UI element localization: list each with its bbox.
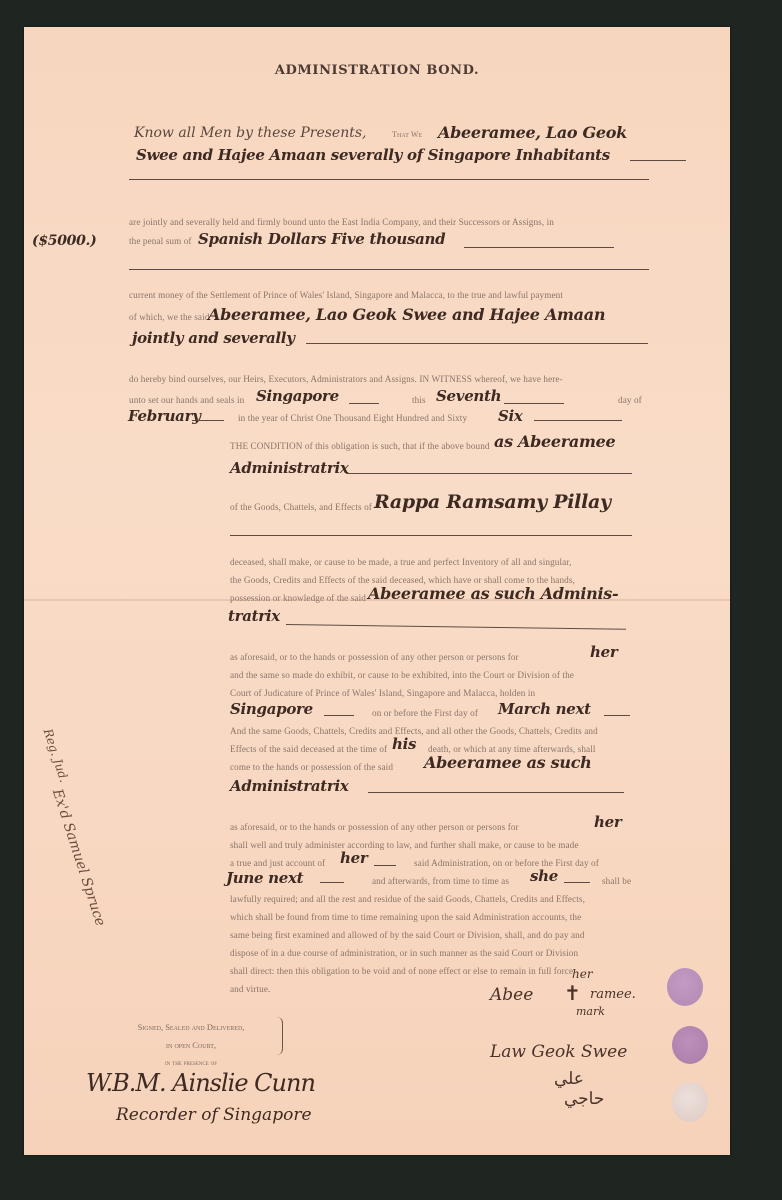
hw-year: Six xyxy=(498,407,523,425)
sig-mark-label: mark xyxy=(576,1005,605,1018)
wax-seal-3 xyxy=(672,1082,708,1122)
sig-arabic-1: ﻋﻠﻲ xyxy=(554,1069,584,1089)
cond-l14: shall well and truly administer accordin… xyxy=(230,840,579,850)
cond-l19: same being first examined and allowed of… xyxy=(230,930,585,940)
para3-line1: do hereby bind ourselves, our Heirs, Exe… xyxy=(129,374,563,384)
hw-place: Singapore xyxy=(256,387,339,405)
hw-jointly-severally: jointly and severally xyxy=(132,329,295,347)
hw-month: February xyxy=(128,407,201,425)
hw-june: June next xyxy=(226,869,303,887)
hw-bound: as Abeeramee xyxy=(494,432,615,451)
hw-cond-l3: Abeeramee as such Adminis- xyxy=(368,584,618,603)
cond-l7: Court of Judicature of Prince of Wales' … xyxy=(230,688,535,698)
hw-her-1: her xyxy=(590,643,617,661)
hw-march: March next xyxy=(498,700,591,718)
hw-obligors-1: Abeeramee, Lao Geok xyxy=(438,123,627,142)
para1-line1: are jointly and severally held and firml… xyxy=(129,217,554,227)
para3-line2a: unto set our hands and seals in xyxy=(129,395,244,405)
fill-line xyxy=(604,715,630,716)
witness-signature: W.B.M. Ainslie Cunn xyxy=(86,1069,315,1097)
fill-line xyxy=(534,420,622,421)
fill-line xyxy=(286,624,626,630)
sig-ramee: ramee. xyxy=(590,987,636,1002)
attest-line3: in the presence of xyxy=(106,1058,276,1067)
fill-line xyxy=(320,882,344,883)
fill-line xyxy=(374,865,396,866)
para3-this: this xyxy=(412,395,426,405)
para2-line2: of which, we the said xyxy=(129,312,209,322)
hw-cond-l4: tratrix xyxy=(228,607,280,625)
hw-obligors-2: Swee and Hajee Amaan severally of Singap… xyxy=(136,146,610,164)
sig-arabic-2: ﺣﺎﺟﻲ xyxy=(564,1089,604,1109)
margin-amount: ($5000.) xyxy=(32,233,96,249)
hw-she: she xyxy=(530,867,558,885)
attest-brace xyxy=(276,1017,283,1055)
hw-day: Seventh xyxy=(436,387,501,405)
document-title: ADMINISTRATION BOND. xyxy=(24,63,730,78)
cond-l18: which shall be found from time to time r… xyxy=(230,912,581,922)
sig-her: her xyxy=(572,967,593,981)
gothic-opening: Know all Men by these Presents, xyxy=(134,125,367,141)
goods-prefix: of the Goods, Chattels, and Effects of xyxy=(230,502,372,512)
para3-line3: in the year of Christ One Thousand Eight… xyxy=(238,413,467,423)
cond-l17: lawfully required; and all the rest and … xyxy=(230,894,585,904)
margin-note-registrar: Reg. Jud. xyxy=(41,727,71,784)
hw-his: his xyxy=(392,735,416,753)
sig-law-geok-swee: Law Geok Swee xyxy=(490,1042,627,1062)
cond-l15b: said Administration, on or before the Fi… xyxy=(414,858,599,868)
fill-line xyxy=(306,343,648,344)
cond-l11: come to the hands or possession of the s… xyxy=(230,762,393,772)
hw-holden: Singapore xyxy=(230,700,313,718)
condition-line1: THE CONDITION of this obligation is such… xyxy=(230,441,490,451)
sig-mark-cross: ✝ xyxy=(564,981,581,1005)
cond-l3: possession or knowledge of the said xyxy=(230,593,366,603)
fill-line xyxy=(230,535,632,536)
cond-l6: and the same so made do exhibit, or caus… xyxy=(230,670,574,680)
fill-line xyxy=(564,882,590,883)
cond-l21: shall direct: then this obligation to be… xyxy=(230,966,573,976)
hw-deceased-name: Rappa Ramsamy Pillay xyxy=(374,491,611,513)
fill-line xyxy=(129,179,649,180)
hw-cond-l11: Abeeramee as such xyxy=(424,753,591,772)
cond-l5: as aforesaid, or to the hands or possess… xyxy=(230,652,519,662)
hw-cond-l12: Administratrix xyxy=(230,777,349,795)
para1-line2: the penal sum of xyxy=(129,236,192,246)
hw-obligor-names: Abeeramee, Lao Geok Swee and Hajee Amaan xyxy=(208,305,605,324)
cond-l20: dispose of in a due course of administra… xyxy=(230,948,578,958)
fill-line xyxy=(504,403,564,404)
para2-line1: current money of the Settlement of Princ… xyxy=(129,290,563,300)
margin-note-signature: Ex'd Samuel Spruce xyxy=(49,787,108,928)
hw-her-2: her xyxy=(594,813,621,831)
para3-day-of: day of xyxy=(618,395,642,405)
cond-l1: deceased, shall make, or cause to be mad… xyxy=(230,557,571,567)
cond-l22: and virtue. xyxy=(230,984,270,994)
wax-seal-1 xyxy=(667,968,703,1006)
cond-l15a: a true and just account of xyxy=(230,858,325,868)
fill-line xyxy=(324,715,354,716)
cond-l13: as aforesaid, or to the hands or possess… xyxy=(230,822,519,832)
fill-line xyxy=(349,403,379,404)
fill-line xyxy=(192,420,224,421)
sig-abee: Abee xyxy=(490,985,533,1005)
fill-line xyxy=(346,473,632,474)
witness-title: Recorder of Singapore xyxy=(116,1105,312,1125)
fill-line xyxy=(129,269,649,270)
bond-document: ADMINISTRATION BOND. Know all Men by the… xyxy=(24,27,730,1155)
fill-line xyxy=(368,792,624,793)
that-we-label: That We xyxy=(392,130,422,139)
hw-administratrix: Administratrix xyxy=(230,459,349,477)
attest-line2: in open Court, xyxy=(106,1040,276,1050)
cond-l10a: Effects of the said deceased at the time… xyxy=(230,744,387,754)
attest-line1: Signed, Sealed and Delivered, xyxy=(106,1022,276,1032)
fill-line xyxy=(630,160,686,161)
hw-penal-sum: Spanish Dollars Five thousand xyxy=(198,230,445,248)
cond-l16b: shall be xyxy=(602,876,631,886)
hw-her-3: her xyxy=(340,849,367,867)
cond-l8: on or before the First day of xyxy=(372,708,478,718)
wax-seal-2 xyxy=(672,1026,708,1064)
cond-l16a: and afterwards, from time to time as xyxy=(372,876,509,886)
fill-line xyxy=(464,247,614,248)
